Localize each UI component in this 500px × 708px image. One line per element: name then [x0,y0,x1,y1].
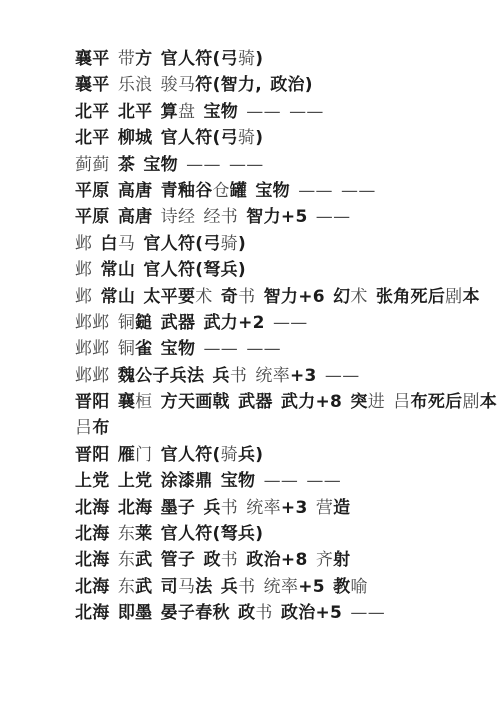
light-glyph-run: 骑 [221,445,238,465]
light-glyph-run: 统率 [246,498,281,518]
bold-glyph-run: 符(智力, 政治) [195,75,313,95]
bold-glyph-run: 北海 北海 墨子 兵 [75,498,221,518]
light-glyph-run: —— [246,102,281,122]
bold-glyph-run: 方天画戟 武器 武力+8 突 [152,392,367,412]
light-glyph-run: 剧 [462,392,479,412]
light-glyph-run: 书 [255,603,272,623]
light-glyph-run: 齐 [316,550,333,570]
light-glyph-run: 乐浪 [118,75,153,95]
light-glyph-run: 骑 [238,49,255,69]
light-glyph-run: —— [316,207,351,227]
text-line: 邺 白马 官人符(弓骑) [75,231,492,257]
bold-glyph-run: +5 教 [298,577,350,597]
text-line: 襄平 带方 官人符(弓骑) [75,46,492,72]
text-line: 北海 东武 管子 政书 政治+8 齐射 [75,547,492,573]
light-glyph-run: 经书 [203,207,238,227]
light-glyph-run: 盘 [178,102,195,122]
light-glyph-run: —— [229,155,264,175]
bold-glyph-run: 方 官人符(弓 [135,49,238,69]
light-glyph-run: —— [350,603,385,623]
bold-glyph-run: 智力+5 [238,207,316,227]
light-glyph-run: 剧 [445,287,462,307]
light-glyph-run: 邺邺 [75,366,110,386]
bold-glyph-run: 北海 [75,577,118,597]
bold-glyph-run: 法 兵 [195,577,238,597]
light-glyph-run: 骑 [238,128,255,148]
text-line: 邺邺 铜雀 宝物 —— —— [75,336,492,362]
text-line: 北海 北海 墨子 兵书 统率+3 营造 [75,495,492,521]
light-glyph-run: —— [246,339,281,359]
light-glyph-run: —— [264,471,299,491]
bold-glyph-run: 布死后 [411,392,463,412]
text-line: 北平 柳城 官人符(弓骑) [75,125,492,151]
bold-glyph-run: 武 管子 政 [135,550,221,570]
bold-glyph-run: 平原 高唐 [75,207,161,227]
text-line: 邺邺 魏公子兵法 兵书 统率+3 —— [75,363,492,389]
bold-glyph-run: 鎚 武器 武力+2 [135,313,273,333]
bold-glyph-run: +3 [281,498,316,518]
light-glyph-run: —— [306,471,341,491]
light-glyph-run: 书 [221,498,238,518]
light-glyph-run: 营 [316,498,333,518]
bold-glyph-run: ) [238,234,246,254]
light-glyph-run: 邺 [75,287,92,307]
bold-glyph-run: 莱 官人符(弩兵) [135,524,263,544]
light-glyph-run: 铜 [118,313,135,333]
light-glyph-run: 书 [238,577,255,597]
text-line: 晋阳 雁门 官人符(骑兵) [75,442,492,468]
text-line: 北海 即墨 晏子春秋 政书 政治+5 —— [75,600,492,626]
bold-glyph-run [333,181,341,201]
light-glyph-run: 书 [221,550,238,570]
light-glyph-run: 骏马 [161,75,196,95]
light-glyph-run: 铜 [118,339,135,359]
text-line: 北海 东武 司马法 兵书 统率+5 教喻 [75,574,492,600]
bold-glyph-run: 晋阳 襄 [75,392,135,412]
light-glyph-run: 带 [118,49,135,69]
bold-glyph-run: 政治+5 [273,603,351,623]
light-glyph-run: —— [325,366,360,386]
light-glyph-run: 桓 [135,392,152,412]
bold-glyph-run: 奇 [213,287,239,307]
bold-glyph-run: 智力+6 幻 [255,287,350,307]
bold-glyph-run: 魏公子兵法 兵 [110,366,230,386]
light-glyph-run: —— [203,339,238,359]
light-glyph-run: 书 [238,287,255,307]
bold-glyph-run: 常山 官人符(弩兵) [92,260,246,280]
bold-glyph-run [110,313,118,333]
bold-glyph-run [385,392,393,412]
light-glyph-run: 书 [230,366,247,386]
light-glyph-run: 吕 [393,392,410,412]
light-glyph-run: 邺 [75,260,92,280]
bold-glyph-run: +3 [290,366,325,386]
bold-glyph-run: 官人符( [152,445,220,465]
bold-glyph-run: 北平 北平 算 [75,102,178,122]
bold-glyph-run: 雀 宝物 [135,339,203,359]
light-glyph-run: —— [273,313,308,333]
bold-glyph-run: 罐 宝物 [230,181,298,201]
bold-glyph-run: 官人符(弓 [135,234,221,254]
bold-glyph-run: 布 [92,418,109,438]
light-glyph-run: 诗经 [161,207,196,227]
bold-glyph-run: 常山 太平要 [92,287,195,307]
light-glyph-run: 统率 [264,577,299,597]
text-line: 吕布 [75,415,492,441]
bold-glyph-run [152,75,160,95]
light-glyph-run: 东 [118,550,135,570]
bold-glyph-run [281,102,289,122]
document-lines: 襄平 带方 官人符(弓骑)襄平 乐浪 骏马符(智力, 政治)北平 北平 算盘 宝… [75,46,492,627]
bold-glyph-run: ) [255,49,263,69]
text-line: 平原 高唐 诗经 经书 智力+5 —— [75,204,492,230]
bold-glyph-run: ) [255,128,263,148]
bold-glyph-run: 宝物 [195,102,246,122]
bold-glyph-run: 武 司 [135,577,178,597]
light-glyph-run: 骑 [221,234,238,254]
bold-glyph-run: 北海 [75,550,118,570]
light-glyph-run: 马 [118,234,135,254]
bold-glyph-run: 晋阳 雁 [75,445,135,465]
light-glyph-run: 东 [118,524,135,544]
light-glyph-run: 术 [350,287,367,307]
bold-glyph-run [255,577,263,597]
text-line: 晋阳 襄桓 方天画戟 武器 武力+8 突进 吕布死后剧本 [75,389,492,415]
light-glyph-run: —— [186,155,221,175]
bold-glyph-run: 本 [480,392,497,412]
light-glyph-run: 进 [368,392,385,412]
bold-glyph-run: 兵) [238,445,263,465]
light-glyph-run: 仓 [213,181,230,201]
bold-glyph-run [221,155,229,175]
bold-glyph-run: 茶 宝物 [110,155,187,175]
text-line: 蓟蓟 茶 宝物 —— —— [75,152,492,178]
bold-glyph-run: 上党 上党 涂漆鼎 宝物 [75,471,264,491]
light-glyph-run: 吕 [75,418,92,438]
bold-glyph-run: 白 [92,234,118,254]
light-glyph-run: 东 [118,577,135,597]
light-glyph-run: —— [298,181,333,201]
bold-glyph-run: 平原 高唐 青釉谷 [75,181,213,201]
text-line: 邺邺 铜鎚 武器 武力+2 —— [75,310,492,336]
bold-glyph-run: 襄平 [75,75,118,95]
bold-glyph-run: 张角死后 [368,287,445,307]
bold-glyph-run: 北海 [75,524,118,544]
text-line: 平原 高唐 青釉谷仓罐 宝物 —— —— [75,178,492,204]
text-line: 上党 上党 涂漆鼎 宝物 —— —— [75,468,492,494]
document-page: 襄平 带方 官人符(弓骑)襄平 乐浪 骏马符(智力, 政治)北平 北平 算盘 宝… [0,0,500,708]
bold-glyph-run: 北平 柳城 官人符(弓 [75,128,238,148]
light-glyph-run: 邺邺 [75,313,110,333]
light-glyph-run: 喻 [350,577,367,597]
bold-glyph-run: 射 [333,550,350,570]
light-glyph-run: 邺 [75,234,92,254]
bold-glyph-run: 襄平 [75,49,118,69]
light-glyph-run: 术 [195,287,212,307]
light-glyph-run: —— [341,181,376,201]
text-line: 北海 东莱 官人符(弩兵) [75,521,492,547]
light-glyph-run: 马 [178,577,195,597]
light-glyph-run: —— [289,102,324,122]
light-glyph-run: 门 [135,445,152,465]
text-line: 邺 常山 太平要术 奇书 智力+6 幻术 张角死后剧本 [75,284,492,310]
bold-glyph-run: 政治+8 [238,550,316,570]
bold-glyph-run: 本 [462,287,479,307]
bold-glyph-run: 北海 即墨 晏子春秋 政 [75,603,255,623]
text-line: 邺 常山 官人符(弩兵) [75,257,492,283]
light-glyph-run: 蓟蓟 [75,155,110,175]
text-line: 北平 北平 算盘 宝物 —— —— [75,99,492,125]
bold-glyph-run: 造 [333,498,350,518]
text-line: 襄平 乐浪 骏马符(智力, 政治) [75,72,492,98]
light-glyph-run: 邺邺 [75,339,110,359]
light-glyph-run: 统率 [255,366,290,386]
bold-glyph-run [110,339,118,359]
